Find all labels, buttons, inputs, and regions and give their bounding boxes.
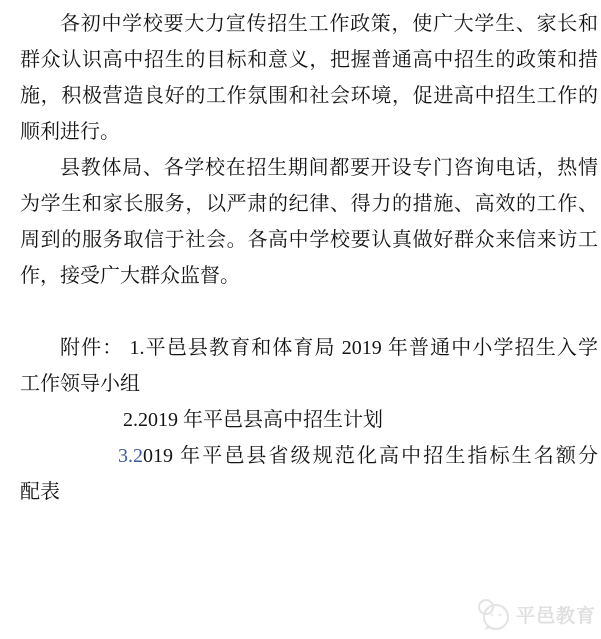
attachments-heading-line: 工作领导小组	[20, 366, 598, 402]
publisher-watermark: 平邑教育	[475, 596, 596, 632]
paragraph2-line: 作，接受广大群众监督。	[20, 258, 598, 294]
document-body: 各初中学校要大力宣传招生工作政策，使广大学生、家长和 群众认识高中招生的目标和意…	[0, 0, 601, 510]
paragraph2-line: 为学生和家长服务，以严肃的纪律、得力的措施、高效的工作、	[20, 186, 598, 222]
speech-bubbles-icon	[475, 596, 511, 632]
attachment-item-3-wrap: 配表	[20, 474, 598, 510]
paragraph2-line: 周到的服务取信于社会。各高中学校要认真做好群众来信来访工	[20, 222, 598, 258]
paragraph1-line: 群众认识高中招生的目标和意义，把握普通高中招生的政策和措	[20, 42, 598, 78]
attachment-item-3-number: 3.2	[118, 445, 143, 467]
attachment-item-3-text: 019 年平邑县省级规范化高中招生指标生名额分	[143, 445, 598, 467]
hotline-line: 教体局咨询举报电话：42316124231617	[20, 294, 598, 330]
paragraph2-line: 县教体局、各学校在招生期间都要开设专门咨询电话，热情	[20, 150, 598, 186]
watermark-label: 平邑教育	[516, 601, 596, 628]
attachment-item-3: 3.2019 年平邑县省级规范化高中招生指标生名额分	[20, 438, 598, 474]
paragraph1-line: 各初中学校要大力宣传招生工作政策，使广大学生、家长和	[20, 6, 598, 42]
paragraph1-line: 顺利进行。	[20, 114, 598, 150]
attachment-item-2: 2.2019 年平邑县高中招生计划	[20, 402, 598, 438]
paragraph1-line: 施，积极营造良好的工作氛围和社会环境，促进高中招生工作的	[20, 78, 598, 114]
attachments-heading-line: 附件： 1.平邑县教育和体育局 2019 年普通中小学招生入学	[20, 330, 598, 366]
